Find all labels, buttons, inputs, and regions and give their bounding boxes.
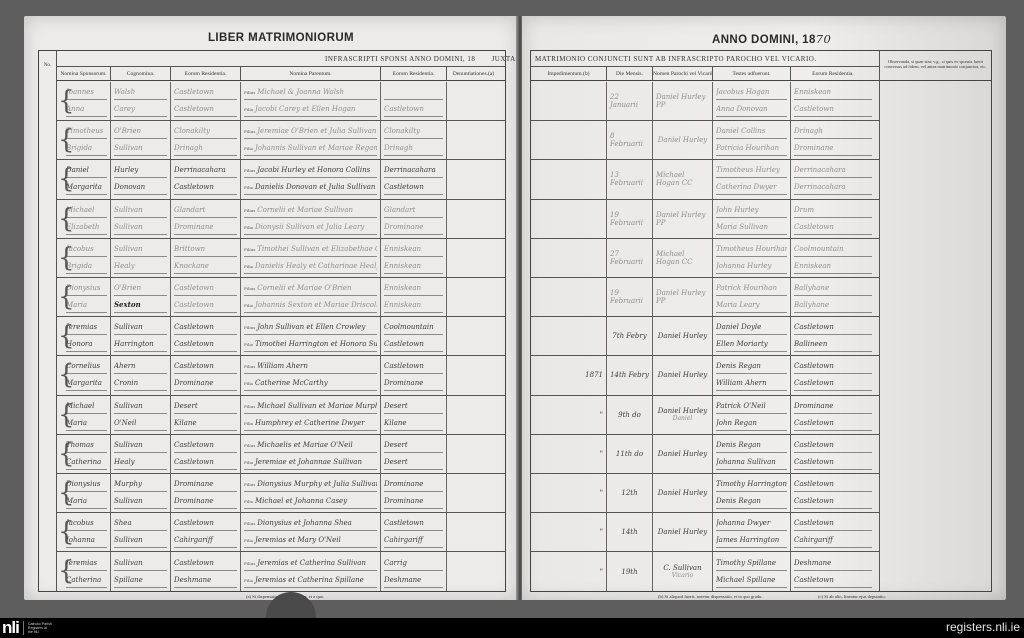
table-cell: JeremiasCatherina{ (57, 552, 111, 591)
handwritten-entry: Vicario (672, 572, 693, 579)
handwritten-entry: Healy (114, 455, 167, 470)
handwritten-entry: 11th do (616, 450, 643, 458)
handwritten-entry: Patrick Hourihan (716, 281, 787, 296)
handwritten-entry: Patricia Hourihan (716, 141, 787, 156)
table-row: 8 FebruariiDaniel HurleyDaniel CollinsPa… (531, 121, 879, 160)
table-cell: CastletownCahirgariff (381, 513, 447, 551)
table-cell: GlandartDrominane (381, 200, 447, 238)
handwritten-entry: Hurley (114, 163, 167, 178)
table-row: 19 FebruariiDaniel Hurley PPJohn HurleyM… (531, 200, 879, 239)
handwritten-entry: Castletown (174, 516, 237, 531)
table-cell: FiliusDionysius et Johanna SheaFiliaJere… (241, 513, 381, 551)
handwritten-entry: Cahirgariff (174, 533, 237, 548)
table-cell: MurphySullivan (111, 474, 171, 512)
handwritten-entry: Carey (114, 102, 167, 117)
table-cell: O'BrienSullivan (111, 121, 171, 159)
handwritten-entry: Ballyhane (794, 281, 872, 296)
handwritten-entry: FiliusJeremias et Catherina Sullivan (244, 556, 377, 571)
table-cell: GlandartDrominane (171, 200, 241, 238)
handwritten-entry: FiliaJeremiae et Johannae Sullivan (244, 455, 377, 470)
handwritten-entry: Daniel Hurley (658, 407, 707, 415)
handwritten-entry: Daniel Hurley (658, 136, 707, 144)
entries-right: 22 JanuariiDaniel Hurley PPJacobus Hogan… (531, 82, 879, 591)
table-cell: Daniel Hurley PP (653, 278, 713, 316)
table-row: "19thC. SullivanVicarioTimothy SpillaneM… (531, 552, 879, 591)
table-cell: Michael Hogan CC (653, 160, 713, 198)
handwritten-entry: Sullivan (114, 242, 167, 257)
column-header: Eorum Residentia. (381, 67, 447, 80)
handwritten-entry: Castletown (794, 102, 872, 117)
table-row: MichaelElizabeth{SullivanSullivanGlandar… (57, 200, 505, 239)
table-cell: 11th do (607, 435, 653, 473)
handwritten-entry: Castletown (794, 416, 872, 431)
column-header: Cognomina. (111, 67, 171, 80)
table-row: DanielMargarita{HurleyDonovanDerrinacaha… (57, 160, 505, 199)
handwritten-entry: " (600, 568, 603, 576)
column-header: Nomina Sponsorum. (57, 67, 111, 80)
number-column: No. (39, 51, 57, 591)
handwritten-entry: C. Sullivan (663, 564, 701, 572)
table-cell: CastletownCahirgariff (791, 513, 875, 551)
table-cell: DrumCastletown (791, 200, 875, 238)
handwritten-entry: Enniskean (384, 298, 443, 313)
denuntiationes-cell (447, 278, 500, 316)
table-cell: EnniskeanEnniskean (381, 239, 447, 277)
handwritten-entry: Sullivan (114, 320, 167, 335)
table-cell: " (531, 435, 607, 473)
nli-logo-text: Catholic Parish Registers at the NLI (28, 622, 56, 635)
handwritten-entry: Drominane (384, 494, 443, 509)
table-cell: Denis ReganJohanna Sullivan (713, 435, 791, 473)
table-cell: FiliusCornelii et Mariae SullivanFiliaDi… (241, 200, 381, 238)
handwritten-entry: Ahern (114, 359, 167, 374)
handwritten-entry: Johanna Hurley (716, 259, 787, 274)
table-cell: Timothy SpillaneMichael Spillane (713, 552, 791, 591)
table-cell: JoannesAnna{ (57, 82, 111, 120)
column-header: Testes adfuerunt. (713, 67, 791, 80)
table-cell: DesertKilane (381, 396, 447, 434)
table-cell: DeshmaneCastletown (791, 552, 875, 591)
denuntiationes-cell (447, 200, 500, 238)
table-cell: SullivanSpillane (111, 552, 171, 591)
handwritten-entry: Shea (114, 516, 167, 531)
table-row: JoannesAnna{WalshCareyCastletownCastleto… (57, 82, 505, 121)
handwritten-entry: FiliaCatherine McCarthy (244, 376, 377, 391)
table-cell: SullivanHealy (111, 435, 171, 473)
handwritten-entry: FiliaDanielis Donovan et Julia Sullivan (244, 180, 377, 195)
table-cell (531, 278, 607, 316)
table-cell: CastletownCastletown (171, 82, 241, 120)
table-cell: FiliusWilliam AhernFiliaCatherine McCart… (241, 356, 381, 394)
handwritten-entry: 14th (621, 528, 637, 536)
table-cell: CarrigDeshmane (381, 552, 447, 591)
handwritten-entry: Denis Regan (716, 359, 787, 374)
table-banner-right: MATRIMONIO CONJUNCTI SUNT AB INFRASCRIPT… (531, 51, 879, 67)
denuntiationes-cell (447, 121, 500, 159)
marriage-register-table-left: No. INFRASCRIPTI SPONSI ANNO DOMINI, 18 … (38, 50, 506, 592)
table-cell: BrittownKnockane (171, 239, 241, 277)
handwritten-entry: Castletown (384, 516, 443, 531)
table-cell: Daniel DoyleEllen Moriarty (713, 317, 791, 355)
table-cell: Daniel CollinsPatricia Hourihan (713, 121, 791, 159)
table-cell: Patrick HourihanMaria Leary (713, 278, 791, 316)
table-row: "9th doDaniel HurleyDanielPatrick O'Neil… (531, 396, 879, 435)
observations-column: Observanda, si quae sint; v.g., si quis … (879, 51, 991, 591)
table-cell: FiliusMichael & Joanna WalshFiliaJacobi … (241, 82, 381, 120)
handwritten-entry: Maria Leary (716, 298, 787, 313)
handwritten-entry: FiliaDionysii Sullivan et Julia Leary (244, 220, 377, 235)
handwritten-entry: Cahirgariff (794, 533, 872, 548)
column-header: Denuntiationes.(a) (447, 67, 500, 80)
table-cell (531, 239, 607, 277)
table-row: DionysiusMaria{MurphySullivanDrominaneDr… (57, 474, 505, 513)
handwritten-entry: Sullivan (114, 438, 167, 453)
handwritten-entry: FiliaHumphrey et Catherine Dwyer (244, 416, 377, 431)
handwritten-entry: Knockane (174, 259, 237, 274)
handwritten-entry: 19 Februarii (610, 211, 649, 227)
handwritten-entry: Daniel Hurley PP (656, 93, 709, 109)
table-row: "14thDaniel HurleyJohanna DwyerJames Har… (531, 513, 879, 552)
handwritten-entry: FiliaDanielis Healy et Catharinae Healy (244, 259, 377, 274)
handwritten-entry: Catherina Dwyer (716, 180, 787, 195)
handwritten-entry: Daniel Hurley (658, 371, 707, 379)
handwritten-entry: Drum (794, 203, 872, 218)
handwritten-entry: Enniskean (794, 85, 872, 100)
handwritten-entry: Sullivan (114, 220, 167, 235)
handwritten-entry: Daniel Hurley PP (656, 289, 709, 305)
handwritten-entry: Glandart (384, 203, 443, 218)
column-header: Eorum Residentia. (791, 67, 875, 80)
page-title-left: LIBER MATRIMONIORUM (208, 32, 354, 44)
table-cell: CastletownDrominane (381, 356, 447, 394)
handwritten-entry: " (600, 450, 603, 458)
table-cell: " (531, 513, 607, 551)
handwritten-entry: Timotheus Hourihan (716, 242, 787, 257)
handwritten-entry: Johanna Sullivan (716, 455, 787, 470)
handwritten-entry: James Harrington (716, 533, 787, 548)
table-cell: DerrinacaharaCastletown (381, 160, 447, 198)
handwritten-entry: Michael Spillane (716, 573, 787, 588)
handwritten-entry: FiliusCornelii et Mariae O'Brien (244, 281, 377, 296)
handwritten-entry: FiliusTimothei Sullivan et Elizabethae C… (244, 242, 377, 257)
table-cell: TimotheusBrigida{ (57, 121, 111, 159)
handwritten-entry: Deshmane (384, 573, 443, 588)
handwritten-entry: Derrinacahara (794, 163, 872, 178)
handwritten-entry: Drinagh (794, 124, 872, 139)
handwritten-entry: Daniel Hurley PP (656, 211, 709, 227)
table-row: 13 FebruariiMichael Hogan CCTimotheus Hu… (531, 160, 879, 199)
table-cell: Johanna DwyerJames Harrington (713, 513, 791, 551)
handwritten-entry: 12th (621, 489, 637, 497)
table-cell: DrominaneDrominane (381, 474, 447, 512)
table-cell: 13 Februarii (607, 160, 653, 198)
handwritten-entry: FiliusDionysius Murphy et Julia Sullivan (244, 477, 377, 492)
table-cell: FiliusMichael Sullivan et Mariae MurphyF… (241, 396, 381, 434)
table-cell: FiliusMichaelis et Mariae O'NeilFiliaJer… (241, 435, 381, 473)
table-cell: Daniel Hurley (653, 474, 713, 512)
table-cell: CorneliusMargarita{ (57, 356, 111, 394)
table-cell: Daniel Hurley (653, 513, 713, 551)
handwritten-entry: Castletown (174, 359, 237, 374)
handwritten-entry: Desert (384, 438, 443, 453)
table-row: JacobusBrigida{SullivanHealyBrittownKnoc… (57, 239, 505, 278)
handwritten-entry: FiliaJohannis Sullivan et Mariae Regan (244, 141, 377, 156)
entries-left: JoannesAnna{WalshCareyCastletownCastleto… (57, 82, 505, 591)
table-cell: FiliusJohn Sullivan et Ellen CrowleyFili… (241, 317, 381, 355)
handwritten-entry: FiliusJacobi Hurley et Honora Collins (244, 163, 377, 178)
table-row: ThomasCatherina{SullivanHealyCastletownC… (57, 435, 505, 474)
handwritten-entry: FiliusWilliam Ahern (244, 359, 377, 374)
handwritten-entry: Castletown (794, 494, 872, 509)
handwritten-entry: 1871 (585, 371, 603, 379)
handwritten-entry: 7th Febry (612, 332, 646, 340)
handwritten-entry: Cahirgariff (384, 533, 443, 548)
brace-icon: { (58, 283, 75, 311)
handwritten-entry: Castletown (174, 85, 237, 100)
site-url-link[interactable]: registers.nli.ie (946, 620, 1020, 634)
handwritten-entry: Castletown (384, 180, 443, 195)
handwritten-entry: Castletown (794, 455, 872, 470)
table-cell: HurleyDonovan (111, 160, 171, 198)
handwritten-entry: Drinagh (384, 141, 443, 156)
table-cell: SullivanHealy (111, 239, 171, 277)
handwritten-entry: Drominane (384, 477, 443, 492)
handwritten-entry: Sullivan (114, 141, 167, 156)
handwritten-entry: Kilane (174, 416, 237, 431)
table-cell: MichaelMaria{ (57, 396, 111, 434)
table-cell: SheaSullivan (111, 513, 171, 551)
handwritten-entry: FiliusJohn Sullivan et Ellen Crowley (244, 320, 377, 335)
table-cell: " (531, 396, 607, 434)
handwritten-entry: Drominane (794, 399, 872, 414)
table-cell: BallyhaneBallyhane (791, 278, 875, 316)
handwritten-entry: FiliusJeremiae O'Brien et Julia Sullivan (244, 124, 377, 139)
denuntiationes-cell (447, 239, 500, 277)
table-row: MichaelMaria{SullivanO'NeilDesertKilaneF… (57, 396, 505, 435)
handwritten-entry: FiliaMichael et Johanna Casey (244, 494, 377, 509)
brace-icon: { (58, 557, 75, 585)
handwritten-entry: Enniskean (384, 281, 443, 296)
denuntiationes-cell (447, 474, 500, 512)
denuntiationes-cell (447, 160, 500, 198)
table-cell: 12th (607, 474, 653, 512)
brace-icon: { (58, 165, 75, 193)
handwritten-entry: O'Neil (114, 416, 167, 431)
handwritten-entry: Castletown (174, 298, 237, 313)
handwritten-entry: Spillane (114, 573, 167, 588)
table-cell: DrominaneDrominane (171, 474, 241, 512)
page-title-right: ANNO DOMINI, 1870 (712, 32, 831, 46)
table-cell: DrominaneCastletown (791, 396, 875, 434)
table-cell: CastletownCahirgariff (171, 513, 241, 551)
handwritten-entry: Healy (114, 259, 167, 274)
table-cell: DesertKilane (171, 396, 241, 434)
handwritten-entry: FiliaJeremias et Mary O'Neil (244, 533, 377, 548)
brace-icon: { (58, 126, 75, 154)
handwritten-entry: Castletown (174, 320, 237, 335)
nli-logo[interactable]: nli Catholic Parish Registers at the NLI (2, 620, 56, 636)
table-cell: CastletownBallineen (791, 317, 875, 355)
handwritten-entry: Daniel Hurley (658, 489, 707, 497)
marriage-register-table-right: MATRIMONIO CONJUNCTI SUNT AB INFRASCRIPT… (530, 50, 992, 592)
table-cell: ClonakiltyDrinagh (381, 121, 447, 159)
denuntiationes-cell (447, 552, 500, 591)
brace-icon: { (58, 401, 75, 429)
column-header: Eorum Residentia. (171, 67, 241, 80)
table-cell: DerrinacaharaCastletown (171, 160, 241, 198)
handwritten-entry: John Hurley (716, 203, 787, 218)
table-cell: Daniel Hurley PP (653, 82, 713, 120)
handwritten-entry: " (600, 528, 603, 536)
handwritten-entry: Glandart (174, 203, 237, 218)
handwritten-entry: Desert (384, 399, 443, 414)
table-row: "12thDaniel HurleyTimothy HarringtonDeni… (531, 474, 879, 513)
handwritten-entry: Sullivan (114, 399, 167, 414)
table-cell: 19 Februarii (607, 278, 653, 316)
handwritten-entry: Castletown (174, 337, 237, 352)
table-cell: EnniskeanCastletown (791, 82, 875, 120)
handwritten-entry: 13 Februarii (610, 171, 649, 187)
handwritten-entry: Enniskean (384, 259, 443, 274)
table-cell: FiliusJeremias et Catherina SullivanFili… (241, 552, 381, 591)
brace-icon: { (58, 87, 75, 115)
table-cell: 7th Febry (607, 317, 653, 355)
table-cell: 14th (607, 513, 653, 551)
handwritten-entry: Drominane (384, 376, 443, 391)
handwritten-entry: Sullivan (114, 556, 167, 571)
table-cell: Timotheus HurleyCatherina Dwyer (713, 160, 791, 198)
handwritten-entry: 19 Februarii (610, 289, 649, 305)
handwritten-entry: Deshmane (794, 556, 872, 571)
handwritten-entry: " (600, 411, 603, 419)
handwritten-entry: Carrig (384, 556, 443, 571)
handwritten-entry: Cronin (114, 376, 167, 391)
handwritten-entry: Castletown (384, 359, 443, 374)
column-header: Nomen Parochi vel Vicarii(c) (653, 67, 713, 80)
handwritten-entry: Drominane (174, 494, 237, 509)
handwritten-entry: Harrington (114, 337, 167, 352)
brace-icon: { (58, 205, 75, 233)
handwritten-entry: Desert (174, 399, 237, 414)
handwritten-entry: Kilane (384, 416, 443, 431)
right-page: ANNO DOMINI, 1870 MATRIMONIO CONJUNCTI S… (522, 16, 1006, 600)
handwritten-entry: Clonakilty (174, 124, 237, 139)
handwritten-entry: Derrinacahara (794, 180, 872, 195)
table-cell: CastletownCastletown (791, 474, 875, 512)
handwritten-entry: Castletown (384, 102, 443, 117)
handwritten-entry: FiliaJacobi Carey et Ellen Hogan (244, 102, 377, 117)
column-header: Impedimentum.(b) (531, 67, 607, 80)
table-cell: JacobusJohanna{ (57, 513, 111, 551)
handwritten-entry: William Ahern (716, 376, 787, 391)
table-cell: SullivanSullivan (111, 200, 171, 238)
logo-divider (23, 621, 24, 635)
table-cell: Daniel Hurley (653, 317, 713, 355)
table-cell: 1871 (531, 356, 607, 394)
table-cell: C. SullivanVicario (653, 552, 713, 591)
handwritten-entry: Timothy Spillane (716, 556, 787, 571)
table-cell: CastletownCastletown (171, 317, 241, 355)
table-cell (531, 200, 607, 238)
handwritten-entry: Daniel Hurley (658, 528, 707, 536)
handwritten-entry: O'Brien (114, 124, 167, 139)
table-cell: Daniel Hurley (653, 435, 713, 473)
handwritten-entry: FiliusMichaelis et Mariae O'Neil (244, 438, 377, 453)
denuntiationes-cell (447, 317, 500, 355)
table-row: JacobusJohanna{SheaSullivanCastletownCah… (57, 513, 505, 552)
handwritten-entry: Castletown (174, 281, 237, 296)
handwritten-entry: Coolmountain (384, 320, 443, 335)
handwritten-entry: Clonakilty (384, 124, 443, 139)
footer-bar: nli Catholic Parish Registers at the NLI… (0, 618, 1024, 638)
table-row: JeremiasHonora{SullivanHarringtonCastlet… (57, 317, 505, 356)
handwritten-entry: FiliusDionysius et Johanna Shea (244, 516, 377, 531)
handwritten-entry: Jacobus Hogan (716, 85, 787, 100)
handwritten-entry: John Regan (716, 416, 787, 431)
handwritten-entry: FiliaJohannis Sexton et Mariae Driscoll (244, 298, 377, 313)
handwritten-entry: FiliaJeremias et Catherina Spillane (244, 573, 377, 588)
handwritten-entry: Drominane (174, 220, 237, 235)
table-row: TimotheusBrigida{O'BrienSullivanClonakil… (57, 121, 505, 160)
table-cell: DrinaghDrominane (791, 121, 875, 159)
table-cell: FiliusTimothei Sullivan et Elizabethae C… (241, 239, 381, 277)
handwritten-entry: Castletown (794, 220, 872, 235)
table-cell: MichaelElizabeth{ (57, 200, 111, 238)
table-cell: Daniel Hurley (653, 121, 713, 159)
handwritten-entry: Daniel Collins (716, 124, 787, 139)
table-cell: FiliusDionysius Murphy et Julia Sullivan… (241, 474, 381, 512)
handwritten-entry: 9th do (618, 411, 641, 419)
table-cell: Denis ReganWilliam Ahern (713, 356, 791, 394)
document-viewer[interactable]: LIBER MATRIMONIORUM No. INFRASCRIPTI SPO… (0, 0, 1024, 618)
footnote-c: (c) Si ab alio, lineatur ejus deputatio. (818, 594, 886, 599)
handwritten-entry: Timothy Harrington (716, 477, 787, 492)
handwritten-entry: Sexton (114, 298, 167, 313)
handwritten-entry: FiliusMichael & Joanna Walsh (244, 85, 377, 100)
handwritten-entry: 22 Januarii (610, 93, 649, 109)
handwritten-entry: Castletown (174, 556, 237, 571)
handwritten-entry: Derrinacahara (384, 163, 443, 178)
handwritten-entry: 14th Febry (610, 371, 649, 379)
table-cell: JeremiasHonora{ (57, 317, 111, 355)
handwritten-entry: Castletown (794, 516, 872, 531)
handwritten-entry: Walsh (114, 85, 167, 100)
table-cell: FiliusJeremiae O'Brien et Julia Sullivan… (241, 121, 381, 159)
handwritten-entry: Drominane (384, 220, 443, 235)
nli-logo-mark: nli (2, 620, 19, 636)
table-cell: John HurleyMaria Sullivan (713, 200, 791, 238)
handwritten-entry: Denis Regan (716, 438, 787, 453)
denuntiationes-cell (447, 396, 500, 434)
handwritten-entry: Drinagh (174, 141, 237, 156)
brace-icon: { (58, 518, 75, 546)
table-cell: CastletownCastletown (791, 356, 875, 394)
table-cell: FiliusJacobi Hurley et Honora CollinsFil… (241, 160, 381, 198)
handwritten-entry: Maria Sullivan (716, 220, 787, 235)
table-cell: DionysiusMaria{ (57, 278, 111, 316)
table-cell: CastletownDrominane (171, 356, 241, 394)
handwritten-entry: FiliaTimothei Harrington et Honora Sulli… (244, 337, 377, 352)
table-cell: 9th do (607, 396, 653, 434)
handwritten-entry: Daniel Hurley (658, 450, 707, 458)
denuntiationes-cell (447, 513, 500, 551)
handwritten-entry: Murphy (114, 477, 167, 492)
brace-icon: { (58, 440, 75, 468)
table-cell: 22 Januarii (607, 82, 653, 120)
handwritten-entry: Castletown (794, 573, 872, 588)
table-cell (531, 317, 607, 355)
handwritten-entry: Derrinacahara (174, 163, 237, 178)
